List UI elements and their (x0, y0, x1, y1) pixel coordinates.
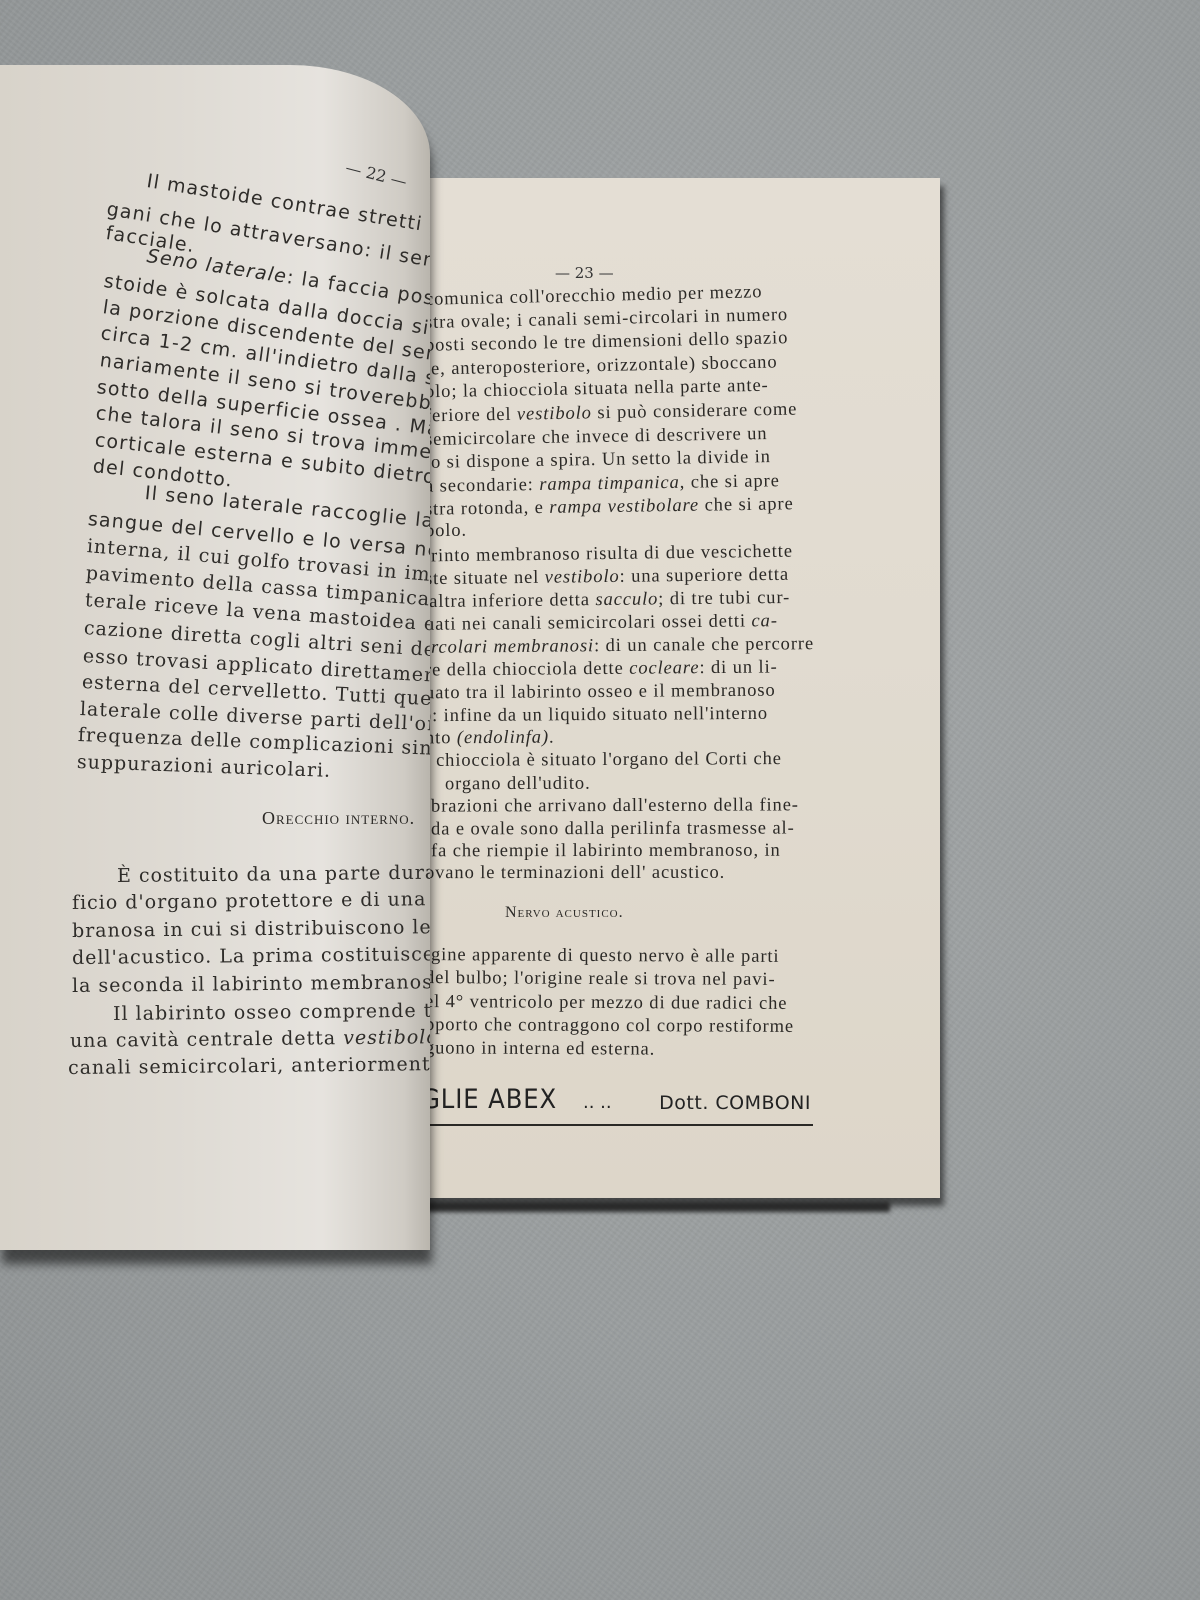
footer-advertisement: IGLIE ABEX .. .. Dott. COMBONI (413, 1084, 813, 1126)
page-number-22: — 22 — (344, 158, 409, 192)
text-line: el 4° ventricolo per mezzo di due radici… (425, 992, 787, 1015)
text-line: uato tra il labirinto osseo e il membran… (425, 681, 776, 705)
text-line: olo; la chiocciola situata nella parte a… (425, 376, 769, 404)
left-page: — 22 — Orecchio interno. Il mastoide con… (0, 65, 430, 1250)
text-line: uati nei canali semicircolari ossei dett… (425, 611, 778, 636)
text-line: ste situate nel vestibolo: una superiore… (425, 565, 789, 590)
ad-separator: .. .. (583, 1092, 612, 1113)
section-heading-orecchio-interno: Orecchio interno. (262, 808, 415, 829)
text-line: del bulbo; l'origine reale si trova nel … (425, 968, 776, 991)
text-line: dell'acustico. La prima costituisce il (72, 943, 430, 969)
ad-author-text: Dott. COMBONI (659, 1092, 811, 1114)
ad-brand-text: IGLIE ABEX (413, 1084, 557, 1115)
text-line: ): infine da un liquido situato nell'int… (425, 704, 768, 727)
text-line: . chiocciola è situato l'organo del Cort… (425, 749, 782, 772)
text-line: bolo. (425, 521, 467, 543)
text-line: ibrazioni che arrivano dall'esterno dell… (425, 795, 799, 817)
text-line: ovano le terminazioni dell' acustico. (425, 863, 725, 884)
text-line: canali semicircolari, anteriormente (68, 1053, 430, 1079)
text-line: 'altra inferiore detta sacculo; di tre t… (425, 588, 790, 613)
page-number-23: — 23 — (555, 264, 614, 282)
text-line: feriore del vestibolo si può considerare… (425, 400, 798, 428)
text-line: irinto membranoso risulta di due vescich… (425, 542, 793, 568)
text-line: ficio d'organo protettore e di una p (72, 888, 430, 914)
text-line: branosa in cui si distribuiscono le (72, 916, 430, 942)
text-line: nto (endolinfa). (425, 728, 555, 750)
text-line: ıda e ovale sono dalla perilinfa trasmes… (425, 819, 795, 841)
text-line: suppurazioni auricolari. (77, 751, 332, 782)
text-line: guono in interna ed esterna. (425, 1038, 655, 1060)
text-line: ircolari membranosi: di un canale che pe… (425, 634, 814, 659)
text-line: una cavità centrale detta vestibolo, (70, 1026, 430, 1052)
text-line: à secondarie: rampa timpanica, che si ap… (425, 471, 780, 498)
right-page: — 23 — comunica coll'orecchio medio per … (405, 178, 940, 1198)
text-line: Il labirinto osseo comprende tre (113, 999, 430, 1025)
text-line: semicircolare che invece di descrivere u… (425, 424, 768, 451)
text-line: ıfa che riempie il labirinto membranoso,… (425, 841, 781, 863)
left-page-body: — 22 — Orecchio interno. Il mastoide con… (0, 65, 430, 1250)
text-line: re della chiocciola dette cocleare: di u… (425, 657, 778, 681)
text-line: la seconda il labirinto membranoso. (72, 971, 430, 997)
text-line: igine apparente di questo nervo è alle p… (425, 945, 780, 968)
text-line: stra rotonda, e rampa vestibolare che si… (425, 494, 794, 520)
section-heading-nervo-acustico: Nervo acustico. (505, 904, 624, 922)
text-line: pporto che contraggono col corpo restifo… (425, 1015, 794, 1038)
text-line: organo dell'udito. (445, 774, 591, 796)
text-line: io si dispone a spira. Un setto la divid… (425, 447, 771, 474)
text-line: È costituito da una parte dura e (117, 861, 430, 887)
